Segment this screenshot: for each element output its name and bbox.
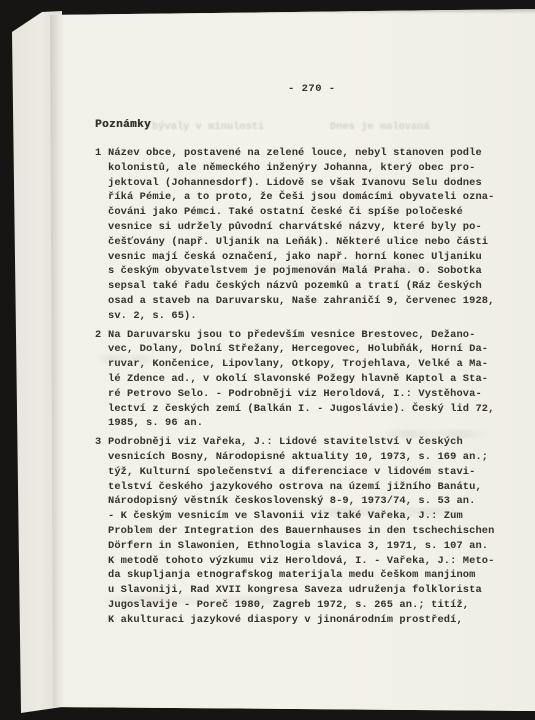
footnote-line: češťovány (např. Uljanik na Leňák). Někt… bbox=[108, 235, 503, 250]
footnote-line: Problem der Integration des Bauernhauses… bbox=[108, 524, 503, 539]
footnote-line: Národopisný věstník československý 8-9, … bbox=[108, 494, 503, 509]
footnote-line: ruvar, Končenice, Lipovlany, Otkopy, Tro… bbox=[108, 357, 503, 372]
ghost-text: bývaly v minulosti bbox=[152, 121, 264, 133]
footnote-line: osad a staveb na Daruvarsku, Naše zahran… bbox=[108, 294, 503, 309]
footnote-line: kolonistů, ale německého inženýry Johann… bbox=[108, 161, 503, 176]
footnote-line: - K českým vesnicím ve Slavonii viz také… bbox=[108, 509, 503, 524]
footnote-line: jektoval (Johannesdorf). Lidově se však … bbox=[108, 176, 503, 191]
footnote-line: K metodě tohoto výzkumu viz Heroldová, I… bbox=[108, 554, 503, 569]
page-number: - 270 - bbox=[288, 83, 336, 95]
footnote-line: telství českého jazykového ostrova na úz… bbox=[108, 480, 503, 495]
footnote-line: s českým obyvatelstvem je pojmenován Mal… bbox=[108, 264, 503, 279]
footnote-number: 1 bbox=[95, 146, 101, 161]
notes-heading: Poznámky bbox=[95, 119, 151, 131]
footnote-line: lé Zdence ad., v okolí Slavonské Požegy … bbox=[108, 372, 503, 387]
footnote-number: 2 bbox=[95, 328, 101, 343]
footnote-line: sepsal také řadu českých názvů pozemků a… bbox=[108, 279, 503, 294]
footnote-line: K akulturaci jazykové diaspory v jinonár… bbox=[108, 613, 503, 628]
footnote-line: čováni jako Pémci. Také ostatní české či… bbox=[108, 205, 503, 220]
footnote-line: týž, Kulturní společenství a diferenciac… bbox=[108, 465, 503, 480]
document-page: bývaly v minulostiDnes je malovaná - 270… bbox=[0, 0, 535, 720]
footnote-line: Jugoslavije - Poreč 1980, Zagreb 1972, s… bbox=[108, 598, 503, 613]
footnote-line: u Slavoniji, Rad XVII kongresa Saveza ud… bbox=[108, 583, 503, 598]
footnotes-block: 1Název obce, postavené na zelené louce, … bbox=[95, 146, 503, 632]
footnote-line: 1985, s. 96 an. bbox=[108, 416, 503, 431]
footnote: 3Podrobněji viz Vařeka, J.: Lidové stavi… bbox=[95, 435, 503, 627]
footnote-line: říká Pémie, a to proto, že Češi jsou dom… bbox=[108, 190, 503, 205]
footnote-line: Podrobněji viz Vařeka, J.: Lidové stavit… bbox=[108, 435, 503, 450]
footnote: 2Na Daruvarsku jsou to především vesnice… bbox=[95, 328, 503, 432]
footnote-line: da skupljanja etnografskog materijala me… bbox=[108, 568, 503, 583]
footnote-line: lectví z českých zemí (Balkán I. - Jugos… bbox=[108, 402, 503, 417]
ghost-text: Dnes je malovaná bbox=[330, 121, 430, 133]
footnote-line: ré Petrovo Selo. - Podrobněji viz Herold… bbox=[108, 387, 503, 402]
footnote-line: vesnic mají česká označení, jako např. h… bbox=[108, 250, 503, 265]
footnote-number: 3 bbox=[95, 435, 101, 450]
footnote-line: Název obce, postavené na zelené louce, n… bbox=[108, 146, 503, 161]
footnote: 1Název obce, postavené na zelené louce, … bbox=[95, 146, 503, 324]
footnote-line: Dörfern in Slawonien, Ethnologia slavica… bbox=[108, 539, 503, 554]
footnote-line: sv. 2, s. 65). bbox=[108, 309, 503, 324]
footnote-line: vec, Dolany, Dolní Střežany, Hercegovec,… bbox=[108, 342, 503, 357]
footnote-line: vesnice si udržely původní charvátské ná… bbox=[108, 220, 503, 235]
scanned-photo-frame: bývaly v minulostiDnes je malovaná - 270… bbox=[0, 0, 535, 720]
footnote-line: Na Daruvarsku jsou to především vesnice … bbox=[108, 328, 503, 343]
footnote-line: vesnicích Bosny, Národopisné aktuality 1… bbox=[108, 450, 503, 465]
